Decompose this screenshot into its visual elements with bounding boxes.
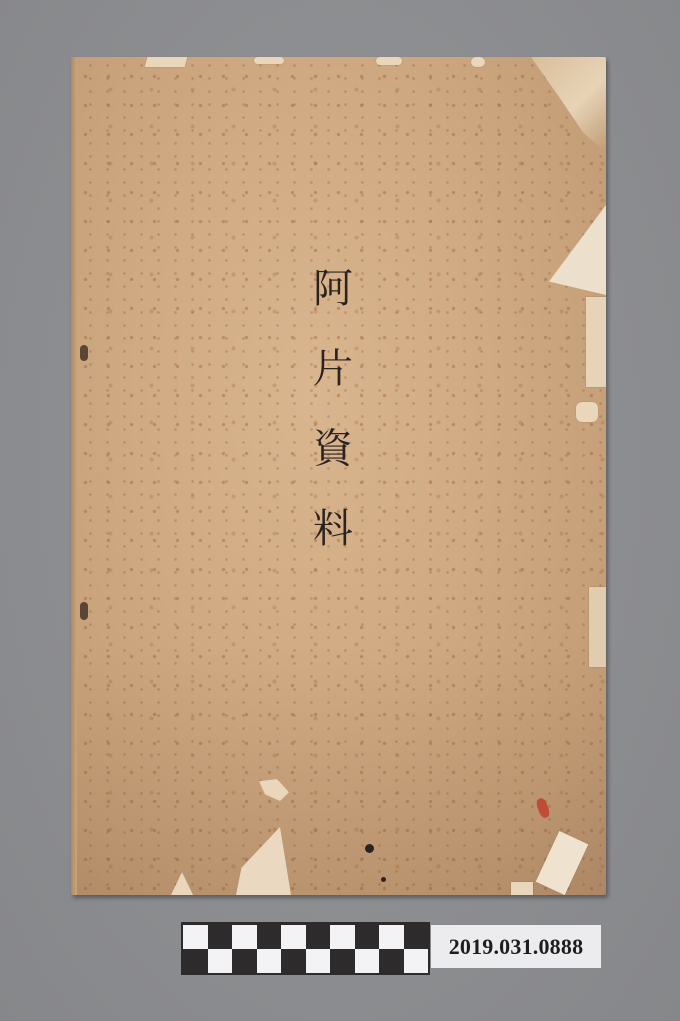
torn-patch-bottom <box>236 827 291 895</box>
cover-title: 阿 片 資 料 <box>303 269 363 589</box>
scale-cell <box>257 925 282 949</box>
title-char: 片 <box>313 349 353 389</box>
scale-cell <box>404 925 429 949</box>
scale-cell <box>208 925 233 949</box>
scale-cell <box>281 949 306 973</box>
chip-bottom-mid <box>259 779 289 801</box>
torn-corner-bottom-right <box>536 831 589 895</box>
scale-cell <box>281 925 306 949</box>
chip-bottom-right <box>511 882 533 895</box>
scale-cell <box>355 925 380 949</box>
title-char: 料 <box>313 509 353 549</box>
scale-cell <box>330 949 355 973</box>
torn-corner-top-right <box>531 57 606 152</box>
binding-staple-top <box>80 345 88 361</box>
checker-scale-bar <box>181 922 430 975</box>
scale-cell <box>404 949 429 973</box>
scale-cell <box>379 925 404 949</box>
ink-dot-large <box>365 844 374 853</box>
scale-cell <box>355 949 380 973</box>
scale-cell <box>208 949 233 973</box>
torn-edge-right-1 <box>586 297 606 387</box>
chip-bottom-left <box>171 872 193 895</box>
scale-cell <box>379 949 404 973</box>
scale-cell <box>306 949 331 973</box>
catalog-number: 2019.031.0888 <box>449 934 584 960</box>
scale-cell <box>183 949 208 973</box>
scale-cell <box>232 949 257 973</box>
spine-edge <box>71 57 77 895</box>
catalog-number-label: 2019.031.0888 <box>431 925 601 968</box>
chip-top-mid2 <box>376 57 402 65</box>
red-stain <box>535 797 551 819</box>
scale-cell <box>257 949 282 973</box>
torn-edge-right-3 <box>589 587 606 667</box>
title-char: 阿 <box>313 269 353 309</box>
binding-staple-bottom <box>80 602 88 620</box>
title-char: 資 <box>313 429 353 469</box>
scale-cell <box>306 925 331 949</box>
torn-flap-right <box>549 205 606 295</box>
chip-top-mid <box>254 57 284 64</box>
ink-dot-small <box>381 877 386 882</box>
scale-cell <box>232 925 257 949</box>
scale-cell <box>183 925 208 949</box>
torn-edge-right-2 <box>576 402 598 422</box>
chip-top-left <box>145 57 188 67</box>
book-cover: 阿 片 資 料 <box>71 57 606 895</box>
chip-top-right <box>471 57 485 67</box>
scale-cell <box>330 925 355 949</box>
